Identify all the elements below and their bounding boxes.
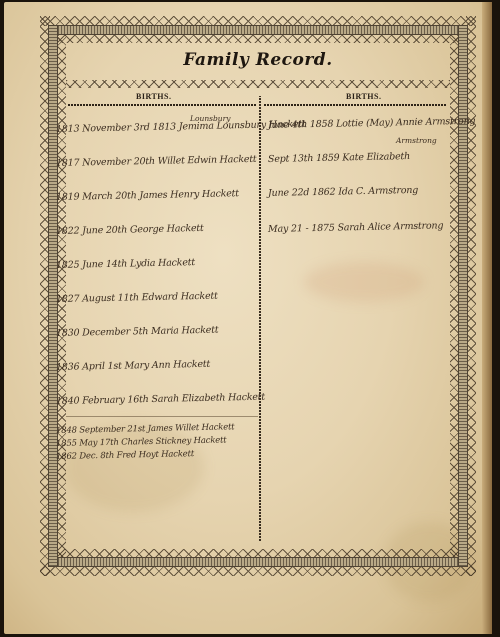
entry-name: Maria Hackett [151, 325, 219, 337]
birth-entry: 1825 June 14th Lydia Hackett [56, 257, 195, 271]
column-header-right: BIRTHS. [346, 92, 381, 101]
entry-date: May 17th [79, 438, 119, 449]
entry-date: August 11th [82, 292, 139, 304]
entry-year: 1827 [56, 294, 80, 305]
entry-name: Ida C. Armstrong [338, 185, 418, 198]
lace-title-divider [66, 80, 450, 88]
entry-year: 1855 [56, 439, 77, 449]
entry-name: Sarah Alice Armstrong [337, 220, 443, 233]
entry-date: February 16th [82, 394, 149, 406]
entry-date: June 20th [82, 225, 127, 237]
column-divider [259, 96, 261, 541]
column-header-left: BIRTHS. [136, 92, 171, 101]
entry-year: 1822 [56, 226, 80, 237]
entry-name: Charles Stickney Hackett [121, 435, 226, 447]
page-title: Family Record. [40, 50, 476, 70]
rail-top [48, 25, 468, 35]
entry-date: September 21st [79, 424, 145, 435]
birth-entry: 1848 September 21st James Willet Hackett [56, 422, 235, 436]
entry-year: 1817 [56, 158, 80, 169]
birth-entry: 1819 March 20th James Henry Hackett [56, 188, 239, 203]
birth-entry: Sept 13th 1859 Kate Elizabeth [268, 151, 410, 165]
entry-date: November 20th [82, 156, 155, 169]
entry-year: 1819 [56, 192, 80, 203]
entry-name: James Willet Hackett [148, 422, 235, 434]
rail-bottom [48, 557, 468, 567]
birth-entry: 1836 April 1st Mary Ann Hackett [56, 359, 210, 373]
birth-entry: 1855 May 17th Charles Stickney Hackett [56, 435, 227, 449]
entry-date: November 3rd 1813 [82, 121, 176, 134]
entry-year: 1836 [56, 362, 80, 373]
lace-border-bottom [40, 566, 476, 576]
birth-entry: June 22d 1862 Ida C. Armstrong [268, 185, 418, 199]
entry-name: Lydia Hackett [130, 257, 195, 269]
entry-name: Willet Edwin Hackett [158, 154, 257, 167]
birth-entry: 1830 December 5th Maria Hackett [56, 325, 219, 339]
birth-entry: 1817 November 20th Willet Edwin Hackett [56, 154, 257, 169]
entry-year: 1840 [56, 396, 80, 407]
entry-name: Kate Elizabeth [342, 151, 410, 163]
birth-entry: 1822 June 20th George Hackett [56, 223, 204, 237]
lace-inner-right [450, 35, 458, 557]
entry-year: 1848 [56, 426, 77, 436]
entry-date: December 5th [82, 326, 148, 338]
entry-date: Dec. 8th [79, 451, 114, 462]
annotation: Armstrong [396, 136, 437, 145]
entry-date: Sept 13th 1859 [268, 153, 340, 165]
birth-entry: 1827 August 11th Edward Hackett [56, 291, 218, 305]
lace-inner-top [58, 35, 458, 43]
entry-date: May 21 - 1875 [268, 223, 335, 235]
ruled-line [66, 416, 258, 417]
entry-name: Mary Ann Hackett [124, 359, 210, 372]
entry-name: George Hackett [130, 223, 204, 236]
header-underline-right [264, 104, 446, 106]
birth-entry: 1862 Dec. 8th Fred Hoyt Hackett [56, 449, 194, 462]
entry-name: James Henry Hackett [139, 188, 239, 201]
entry-year: 1813 [56, 124, 80, 135]
record-page: Family Record. BIRTHS. BIRTHS. Lounsbury… [4, 2, 492, 634]
entry-date: April 1st [82, 361, 122, 373]
entry-date: June 14th [82, 259, 127, 271]
entry-date: June 4th 1858 [268, 119, 333, 131]
entry-name: Sarah Elizabeth Hackett [151, 392, 265, 405]
birth-entry: May 21 - 1875 Sarah Alice Armstrong [268, 220, 444, 235]
rail-right [458, 25, 468, 567]
birth-entry: 1840 February 16th Sarah Elizabeth Hacke… [56, 392, 265, 407]
header-underline-left [68, 104, 256, 106]
ornamental-border: Family Record. BIRTHS. BIRTHS. Lounsbury… [40, 16, 476, 576]
entry-name: Edward Hackett [142, 291, 218, 304]
lace-inner-bottom [58, 549, 458, 557]
entry-year: 1830 [56, 328, 80, 339]
entry-date: March 20th [82, 190, 137, 202]
entry-name: Fred Hoyt Hackett [116, 449, 194, 461]
entry-date: June 22d 1862 [268, 187, 336, 199]
entry-year: 1825 [56, 260, 80, 271]
entry-year: 1862 [56, 452, 77, 462]
page-edge [482, 2, 492, 634]
